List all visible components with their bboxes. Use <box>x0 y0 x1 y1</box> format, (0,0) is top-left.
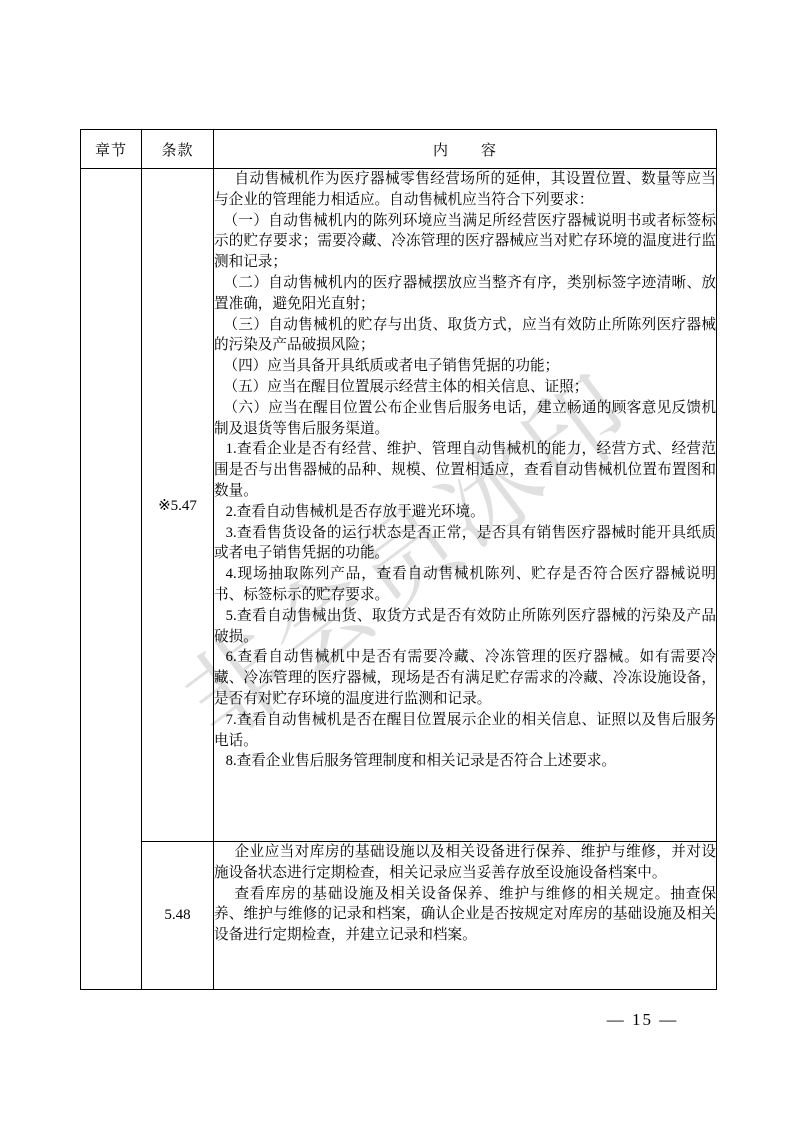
document-page: 非会员冰印 章节 条款 内 容 ※5.47 自动售械机作为医疗器械零售经营场所的… <box>0 0 793 1122</box>
clause-cell-5-48: 5.48 <box>142 842 214 990</box>
header-clause: 条款 <box>142 130 214 169</box>
paragraph: （六）应当在醒目位置公布企业售后服务电话，建立畅通的顾客意见反馈机制及退货等售后… <box>214 398 716 440</box>
content-cell-5-48: 企业应当对库房的基础设施以及相关设备进行保养、维护与维修，并对设施设备状态进行定… <box>214 842 717 990</box>
table-row-clause-5-47: ※5.47 自动售械机作为医疗器械零售经营场所的延伸，其设置位置、数量等应当与企… <box>81 169 717 842</box>
paragraph: （三）自动售械机的贮存与出货、取货方式，应当有效防止所陈列医疗器械的污染及产品破… <box>214 315 716 357</box>
content-cell-5-47: 自动售械机作为医疗器械零售经营场所的延伸，其设置位置、数量等应当与企业的管理能力… <box>214 169 717 842</box>
table-header-row: 章节 条款 内 容 <box>81 130 717 169</box>
paragraph: 8.查看企业售后服务管理制度和相关记录是否符合上述要求。 <box>214 751 716 772</box>
paragraph: （一）自动售械机内的陈列环境应当满足所经营医疗器械说明书或者标签标示的贮存要求；… <box>214 211 716 273</box>
paragraph: 5.查看自动售械出货、取货方式是否有效防止所陈列医疗器械的污染及产品破损。 <box>214 606 716 648</box>
paragraph: （二）自动售械机内的医疗器械摆放应当整齐有序，类别标签字迹清晰、放置准确，避免阳… <box>214 273 716 315</box>
paragraph: 自动售械机作为医疗器械零售经营场所的延伸，其设置位置、数量等应当与企业的管理能力… <box>214 169 716 211</box>
paragraph: 3.查看售货设备的运行状态是否正常，是否具有销售医疗器械时能开具纸质或者电子销售… <box>214 523 716 565</box>
header-content: 内 容 <box>214 130 717 169</box>
page-number: — 15 — <box>560 1010 725 1030</box>
inspection-table: 章节 条款 内 容 ※5.47 自动售械机作为医疗器械零售经营场所的延伸，其设置… <box>80 129 717 990</box>
table-row-clause-5-48: 5.48 企业应当对库房的基础设施以及相关设备进行保养、维护与维修，并对设施设备… <box>81 842 717 990</box>
paragraph: （五）应当在醒目位置展示经营主体的相关信息、证照； <box>214 377 716 398</box>
paragraph: 查看库房的基础设施及相关设备保养、维护与维修的相关规定。抽查保养、维护与维修的记… <box>214 884 716 946</box>
paragraph: 2.查看自动售械机是否存放于避光环境。 <box>214 502 716 523</box>
chapter-cell <box>81 169 142 990</box>
paragraph: 1.查看企业是否有经营、维护、管理自动售械机的能力，经营方式、经营范围是否与出售… <box>214 439 716 501</box>
paragraph: （四）应当具备开具纸质或者电子销售凭据的功能； <box>214 356 716 377</box>
paragraph: 7.查看自动售械机是否在醒目位置展示企业的相关信息、证照以及售后服务电话。 <box>214 710 716 752</box>
clause-cell-5-47: ※5.47 <box>142 169 214 842</box>
paragraph: 企业应当对库房的基础设施以及相关设备进行保养、维护与维修，并对设施设备状态进行定… <box>214 842 716 884</box>
paragraph: 4.现场抽取陈列产品，查看自动售械机陈列、贮存是否符合医疗器械说明书、标签标示的… <box>214 564 716 606</box>
header-chapter: 章节 <box>81 130 142 169</box>
paragraph: 6.查看自动售械机中是否有需要冷藏、冷冻管理的医疗器械。如有需要冷藏、冷冻管理的… <box>214 647 716 709</box>
